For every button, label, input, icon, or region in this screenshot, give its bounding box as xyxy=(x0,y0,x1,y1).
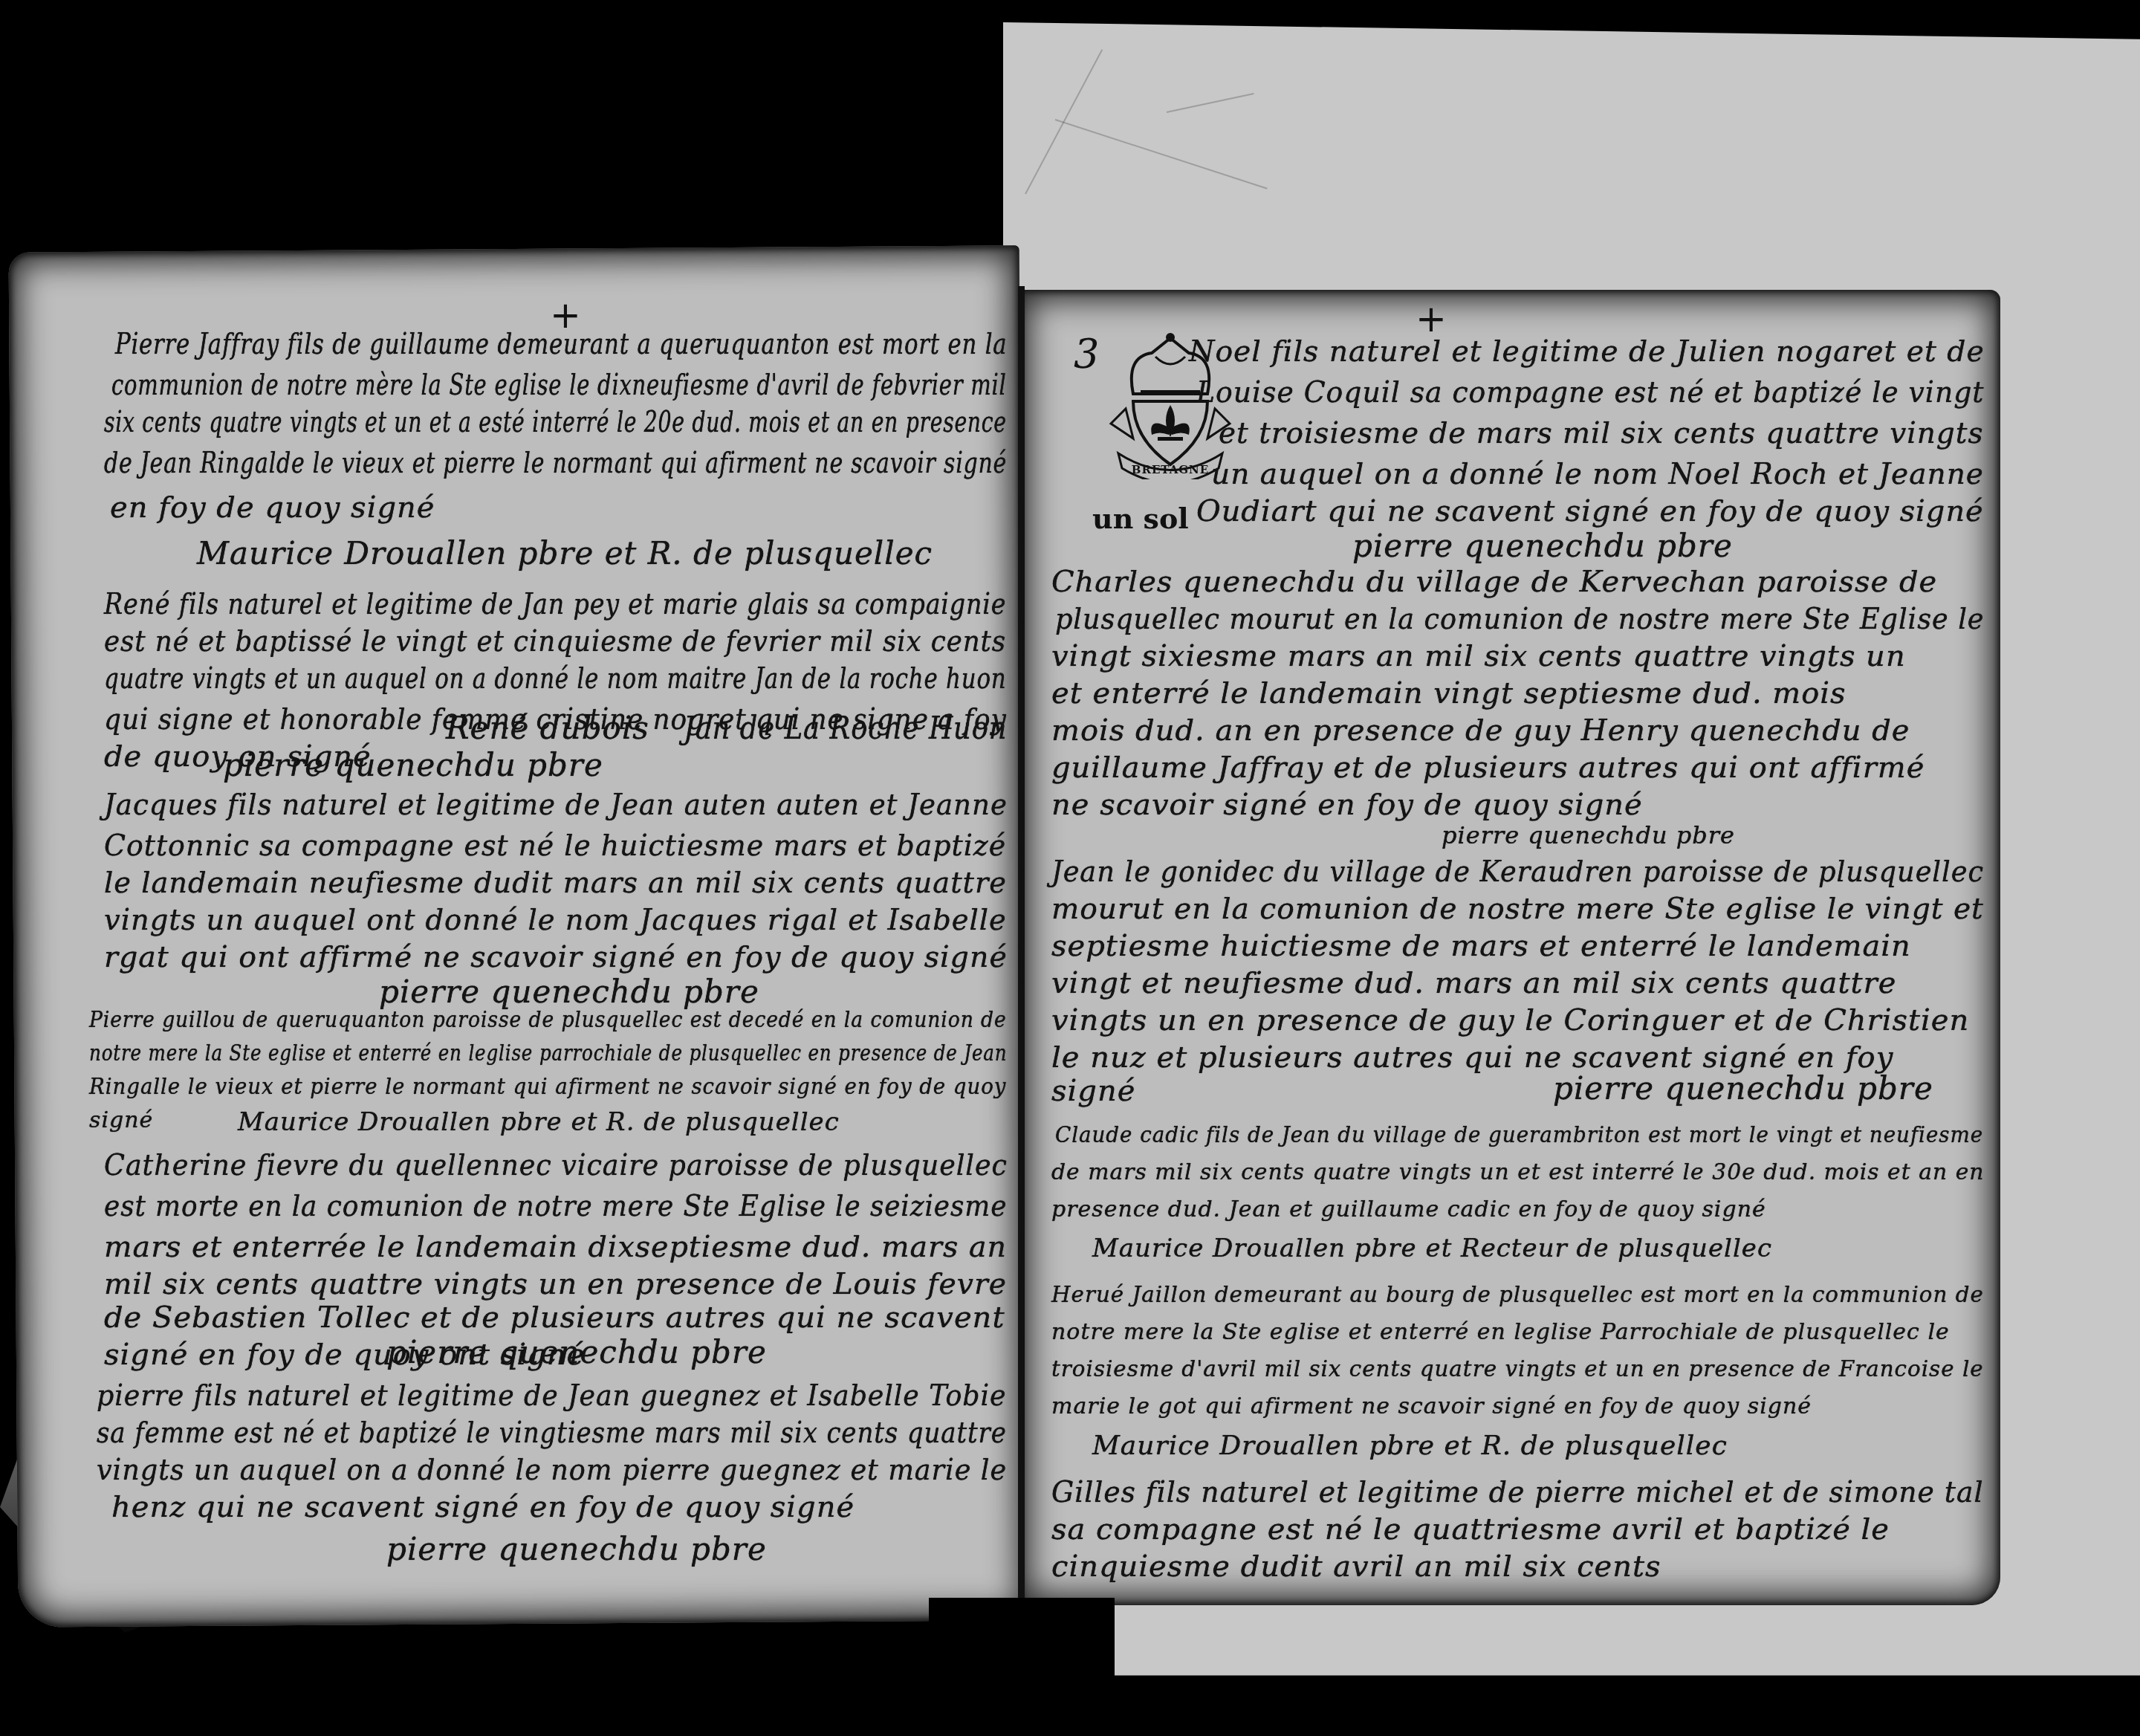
entry-line: et troisiesme de mars mil six cents quat… xyxy=(1219,416,1983,450)
entry-line: un auquel on a donné le nom Noel Roch et… xyxy=(1211,457,1984,491)
entry-line: ne scavoir signé en foy de quoy signé xyxy=(1051,788,1643,822)
entry-line: René fils naturel et legitime de Jan pey… xyxy=(104,587,1006,621)
entry-line: troisiesme d'avril mil six cents quatre … xyxy=(1051,1356,1984,1382)
entry-line: de Sebastien Tollec et de plusieurs autr… xyxy=(104,1301,1005,1335)
entry-line: vingt sixiesme mars an mil six cents qua… xyxy=(1051,639,1906,673)
entry-line: plusquellec mourut en la comunion de nos… xyxy=(1055,602,1984,636)
entry-line: notre mere la Ste eglise et enterré en l… xyxy=(1051,1319,1950,1345)
entry-line: henz qui ne scavent signé en foy de quoy… xyxy=(111,1490,855,1524)
entry-line: mois dud. an en presence de guy Henry qu… xyxy=(1051,713,1910,748)
entry-line: Pierre guillou de queruquanton paroisse … xyxy=(89,1007,1007,1033)
entry-line: Catherine fievre du quellennec vicaire p… xyxy=(104,1148,1008,1182)
entry-line: Herué Jaillon demeurant au bourg de plus… xyxy=(1051,1282,1984,1308)
entry-line: rgat qui ont affirmé ne scavoir signé en… xyxy=(104,940,1008,974)
priest-signature: pierre quenechdu pbre xyxy=(1442,821,1735,849)
entry-line: cinquiesme dudit avril an mil six cents xyxy=(1051,1549,1661,1584)
stamp-label: BRETAGNE xyxy=(1132,463,1210,476)
witness-signature: René dubois xyxy=(446,710,649,746)
entry-line: guillaume Jaffray et de plusieurs autres… xyxy=(1051,751,1925,785)
entry-line: Cottonnic sa compagne est né le huicties… xyxy=(104,829,1006,863)
entry-line: marie le got qui afirment ne scavoir sig… xyxy=(1051,1393,1812,1419)
entry-line: signé xyxy=(1051,1074,1135,1108)
entry-line: mil six cents quattre vingts un en prese… xyxy=(104,1267,1007,1301)
entry-line: Jacques fils naturel et legitime de Jean… xyxy=(104,788,1008,822)
priest-signature: Maurice Drouallen pbre et R. de plusquel… xyxy=(1092,1431,1728,1461)
entry-line: six cents quatre vingts et un et a esté … xyxy=(104,405,1007,439)
entry-line: quatre vingts et un auquel on a donné le… xyxy=(104,661,1006,696)
priest-signature: pierre quenechdu pbre xyxy=(386,1531,767,1567)
entry-line: et enterré le landemain vingt septiesme … xyxy=(1051,676,1846,710)
priest-signature: Maurice Drouallen pbre et R. de plusquel… xyxy=(197,535,933,571)
entry-line: vingt et neufiesme dud. mars an mil six … xyxy=(1051,966,1896,1000)
priest-signature: pierre quenechdu pbre xyxy=(386,1334,767,1370)
shadow-under-gutter xyxy=(929,1598,1115,1736)
stamp-price: un sol xyxy=(1092,502,1189,535)
entry-line: mourut en la comunion de nostre mere Ste… xyxy=(1051,892,1984,926)
entry-line: est morte en la comunion de notre mere S… xyxy=(104,1189,1007,1223)
priest-signature: pierre quenechdu pbre xyxy=(223,747,603,783)
entry-line: Claude cadic fils de Jean du village de … xyxy=(1055,1122,1983,1148)
entry-line: pierre fils naturel et legitime de Jean … xyxy=(97,1379,1007,1413)
entry-line: est né et baptissé le vingt et cinquiesm… xyxy=(104,624,1006,658)
witness-signature: Jan de La Roche Huon xyxy=(684,710,1007,746)
entry-line: le landemain neufiesme dudit mars an mil… xyxy=(104,866,1007,900)
entry-line: Noel fils naturel et legitime de Julien … xyxy=(1189,334,1985,369)
entry-line: Oudiart qui ne scavent signé en foy de q… xyxy=(1196,494,1984,528)
entry-line: vingts un auquel on a donné le nom pierr… xyxy=(97,1453,1007,1487)
entry-line: Louise Coquil sa compagne est né et bapt… xyxy=(1196,375,1984,409)
entry-line: sa compagne est né le quattriesme avril … xyxy=(1051,1512,1890,1546)
book-gutter xyxy=(1018,286,1025,1683)
entry-line: signé xyxy=(89,1107,153,1133)
entry-line: de Jean Ringalde le vieux et pierre le n… xyxy=(104,446,1007,480)
entry-line: Ringalle le vieux et pierre le normant q… xyxy=(89,1074,1006,1100)
entry-line: communion de notre mère la Ste eglise le… xyxy=(111,368,1007,402)
entry-line: vingts un en presence de guy le Coringue… xyxy=(1051,1003,1969,1037)
entry-line: mars et enterrée le landemain dixsepties… xyxy=(104,1230,1007,1264)
priest-signature: Maurice Drouallen pbre et Recteur de plu… xyxy=(1092,1234,1772,1263)
priest-signature: Maurice Drouallen pbre et R. de plusquel… xyxy=(238,1107,840,1137)
entry-line: notre mere la Ste eglise et enterré en l… xyxy=(89,1040,1008,1066)
entry-line: en foy de quoy signé xyxy=(110,490,435,525)
entry-line: Charles quenechdu du village de Kervecha… xyxy=(1051,565,1937,599)
priest-signature: pierre quenechdu pbre xyxy=(1553,1070,1933,1107)
entry-line: vingts un auquel ont donné le nom Jacque… xyxy=(104,903,1007,937)
entry-line: septiesme huictiesme de mars et enterré … xyxy=(1051,929,1911,963)
entry-line: presence dud. Jean et guillaume cadic en… xyxy=(1051,1196,1766,1222)
priest-signature: pierre quenechdu pbre xyxy=(379,974,759,1010)
entry-line: sa femme est né et baptizé le vingtiesme… xyxy=(97,1416,1007,1450)
entry-line: Pierre Jaffray fils de guillaume demeura… xyxy=(115,327,1007,361)
entry-line: de mars mil six cents quatre vingts un e… xyxy=(1051,1159,1984,1185)
priest-signature: pierre quenechdu pbre xyxy=(1352,528,1733,564)
entry-line: Jean le gonidec du village de Keraudren … xyxy=(1051,855,1984,889)
entry-line: Gilles fils naturel et legitime de pierr… xyxy=(1051,1475,1984,1509)
